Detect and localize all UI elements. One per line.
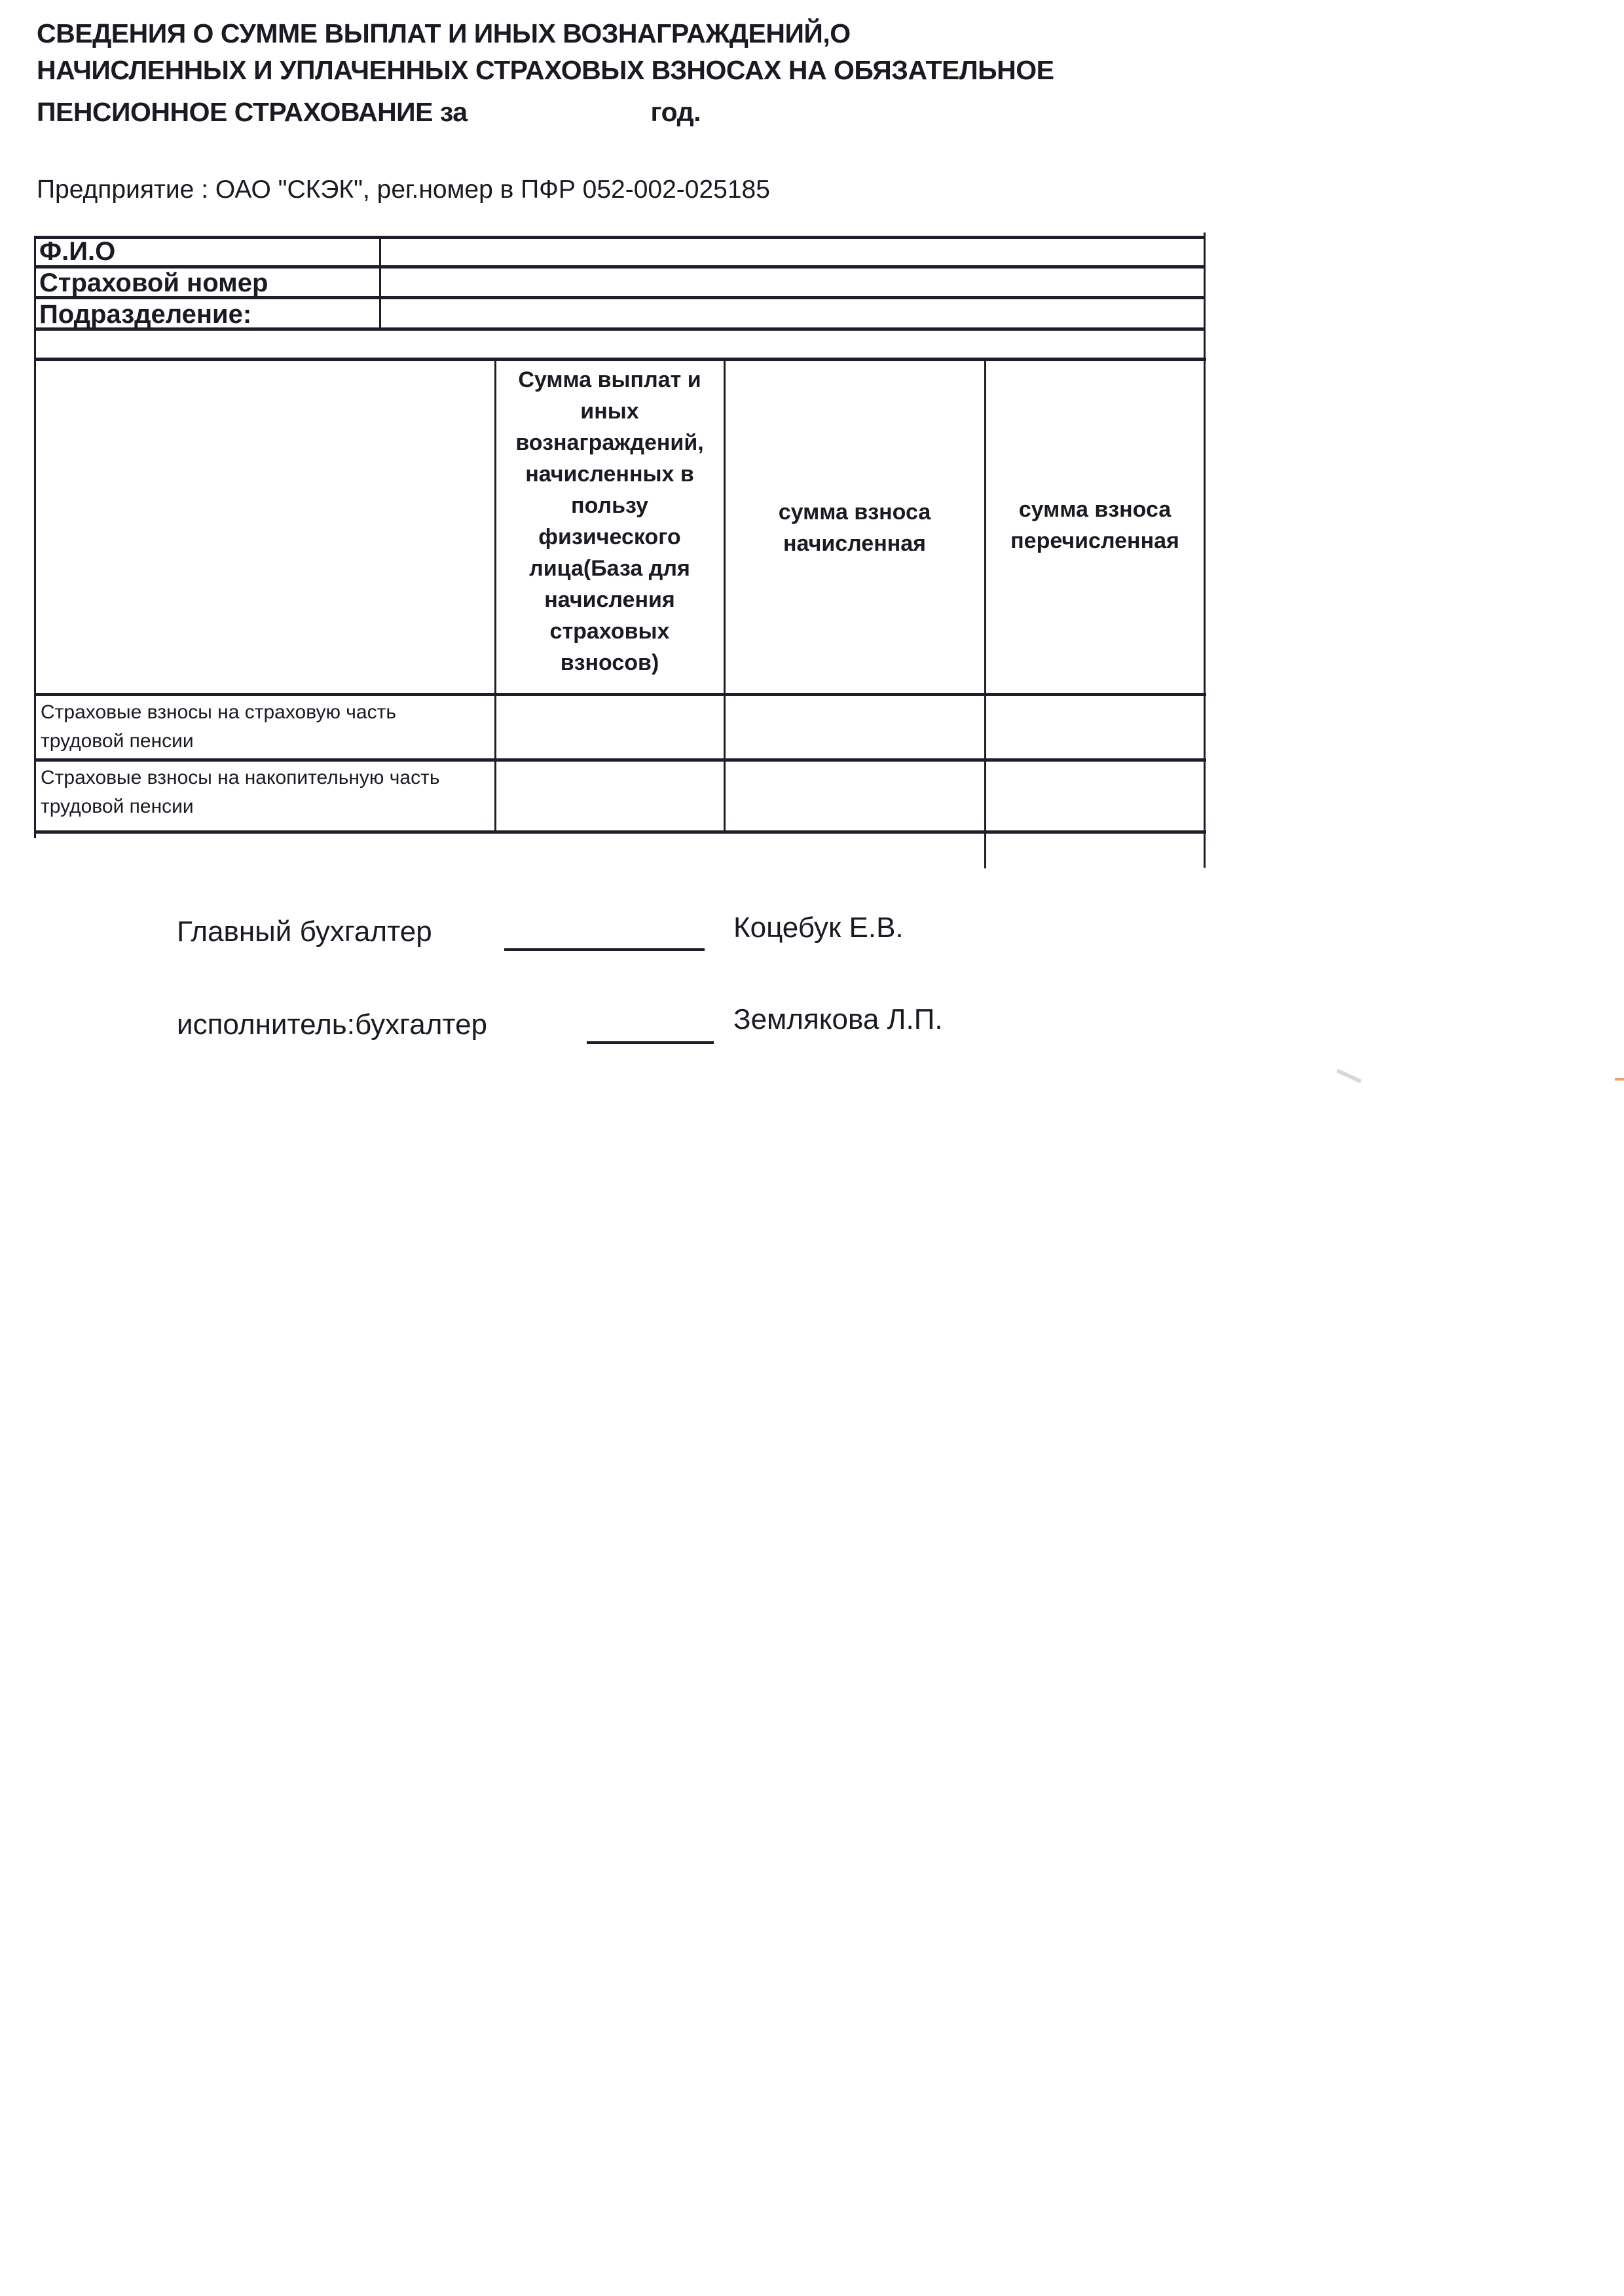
funded-part-transferred-cell[interactable] [987, 762, 1202, 828]
header-text-line: взносов) [496, 647, 723, 678]
insurance-number-field[interactable] [383, 270, 1205, 296]
funded-part-base-cell[interactable] [498, 762, 722, 828]
header-text-line: иных [496, 396, 723, 427]
company-info: Предприятие : ОАО "СКЭК", рег.номер в ПФ… [37, 176, 770, 204]
row-label-line: трудовой пенсии [41, 792, 439, 821]
info-column-divider [379, 237, 381, 329]
row-label-funded-part: Страховые взносы на накопительную часть … [41, 764, 439, 821]
chief-accountant-label: Главный бухгалтер [177, 916, 432, 948]
header-text-line: пользу [496, 490, 723, 521]
header-text-line: лица(База для [496, 553, 723, 584]
title-line-3-prefix: ПЕНСИОННОЕ СТРАХОВАНИЕ за [37, 97, 468, 127]
header-text-line: страховых [496, 616, 723, 647]
chief-accountant-name: Коцебук Е.В. [733, 912, 904, 944]
insurance-part-transferred-cell[interactable] [987, 697, 1202, 757]
header-payments-base: Сумма выплат и иных вознаграждений, начи… [496, 364, 723, 678]
header-bottom-border [34, 693, 1206, 696]
chief-accountant-signature-line[interactable] [504, 948, 705, 951]
funded-part-accrued-cell[interactable] [727, 762, 982, 828]
title-line-3-suffix: год. [651, 97, 701, 127]
department-label: Подразделение: [39, 300, 251, 329]
table-border-right [1204, 232, 1206, 868]
insurance-part-base-cell[interactable] [498, 697, 722, 757]
header-transferred: сумма взноса перечисленная [986, 494, 1204, 557]
executor-label: исполнитель:бухгалтер [177, 1009, 487, 1041]
document-title-line-3: ПЕНСИОННОЕ СТРАХОВАНИЕ загод. [37, 97, 701, 128]
row-divider [34, 758, 1206, 762]
document-title-line-2: НАЧИСЛЕННЫХ И УПЛАЧЕННЫХ СТРАХОВЫХ ВЗНОС… [37, 55, 1054, 86]
header-accrued: сумма взноса начисленная [726, 496, 984, 559]
header-text-line: вознаграждений, [496, 427, 723, 458]
header-text-line: перечисленная [986, 525, 1204, 557]
header-text-line: начисления [496, 584, 723, 616]
insurance-part-accrued-cell[interactable] [727, 697, 982, 757]
row-label-line: Страховые взносы на страховую часть [41, 698, 396, 727]
row-label-line: трудовой пенсии [41, 727, 396, 756]
fio-field[interactable] [383, 238, 1205, 265]
document-title-line-1: СВЕДЕНИЯ О СУММЕ ВЫПЛАТ И ИНЫХ ВОЗНАГРАЖ… [37, 18, 851, 49]
fio-label: Ф.И.О [39, 237, 115, 267]
table-border-left [34, 236, 36, 838]
table-border-bottom [34, 830, 1206, 834]
header-text-line: сумма взноса [726, 496, 984, 528]
header-text-line: Сумма выплат и [496, 364, 723, 396]
executor-name: Землякова Л.П. [733, 1003, 943, 1036]
row-label-insurance-part: Страховые взносы на страховую часть труд… [41, 698, 396, 756]
row-label-line: Страховые взносы на накопительную часть [41, 764, 439, 792]
header-text-line: начисленных в [496, 458, 723, 490]
scan-edge-mark [1615, 1078, 1624, 1081]
column-divider [984, 358, 986, 868]
header-text-line: сумма взноса [986, 494, 1204, 525]
header-text-line: начисленная [726, 528, 984, 559]
table-divider [34, 358, 1206, 361]
insurance-number-label: Страховой номер [39, 268, 268, 298]
executor-signature-line[interactable] [587, 1041, 714, 1044]
scan-speck [1337, 1069, 1362, 1083]
department-field[interactable] [383, 301, 1205, 327]
header-text-line: физического [496, 521, 723, 553]
